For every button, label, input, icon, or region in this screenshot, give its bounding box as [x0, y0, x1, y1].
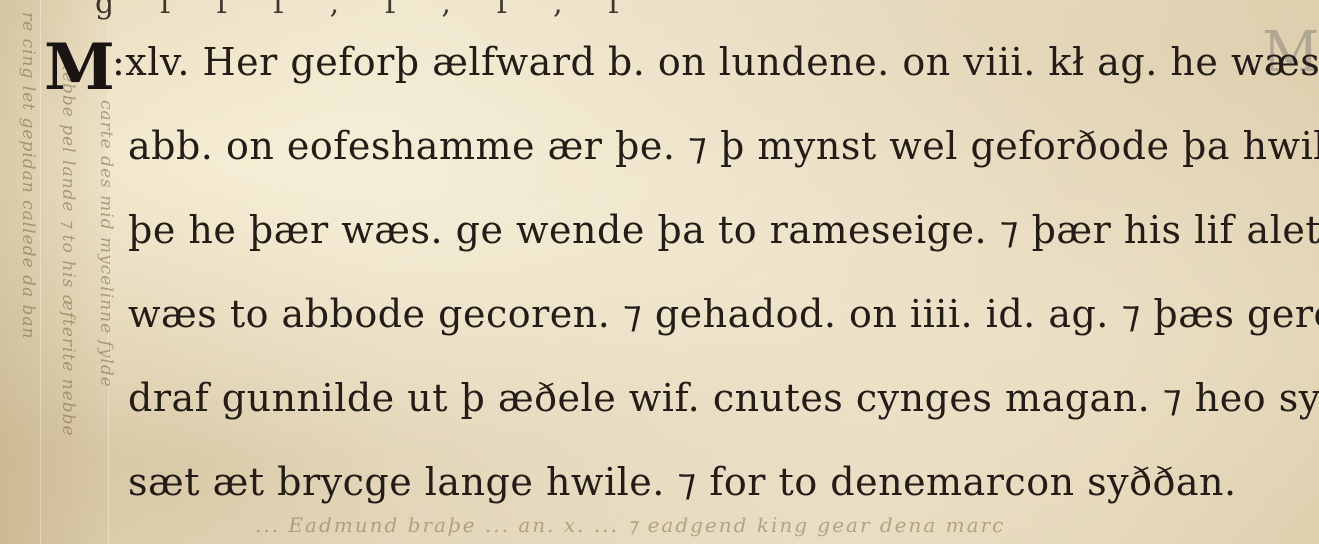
previous-line-fragment: g f f f , f , f , f — [95, 0, 637, 21]
later-annotation: ... Eadmund braþe ... an. x. ... ⁊ eadge… — [255, 513, 1005, 537]
ruling-line — [40, 0, 41, 544]
marginal-gloss: re cing let gepidan callede da ban — [18, 12, 38, 339]
text-line-5: draf gunnilde ut þ æðele wif. cnutes cyn… — [128, 376, 1319, 420]
text-line-2: abb. on eofeshamme ær þe. ⁊ þ mynst wel … — [128, 124, 1319, 168]
marginal-gloss: hebbe pel lande ⁊ to his æfterite nebbe — [58, 60, 78, 437]
initial-letter: M — [44, 36, 115, 100]
text-line-3: þe he þær wæs. ge wende þa to rameseige.… — [128, 208, 1319, 252]
text-line-6: sæt æt brycge lange hwile. ⁊ for to dene… — [128, 460, 1237, 504]
marginal-gloss: carte des mid mycelinne fylde — [96, 100, 116, 388]
text-line-1: :xlv. Her geforþ ælfward b. on lundene. … — [112, 40, 1319, 84]
text-line-4: wæs to abbode gecoren. ⁊ gehadod. on iii… — [128, 292, 1319, 336]
